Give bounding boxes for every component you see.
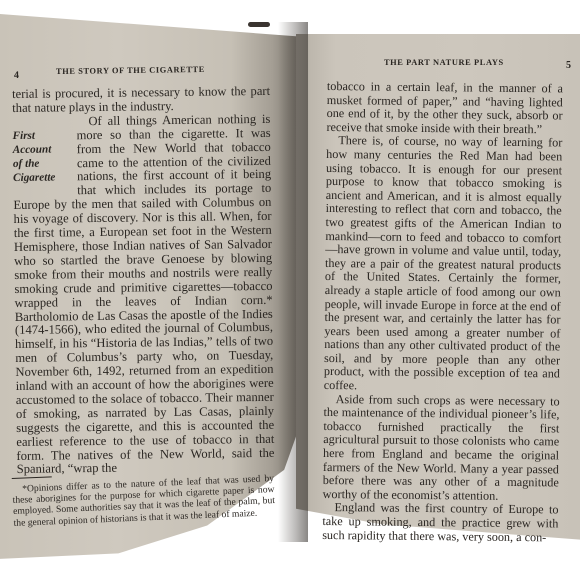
sidenote-line: First — [13, 130, 36, 142]
paragraph: There is, of course, no way of learning … — [324, 134, 563, 395]
margin-sidenote: First Account of the Cigarette — [13, 129, 72, 185]
open-book: 4 THE STORY OF THE CIGARETTE terial is p… — [0, 0, 580, 580]
paragraph: tobacco in a certain leaf, in the manner… — [326, 80, 563, 137]
paragraph: Aside from such crops as were necessary … — [323, 393, 560, 504]
footnote-text: *Opinions differ as to the nature of the… — [12, 473, 276, 529]
right-running-head: THE PART NATURE PLAYS — [384, 58, 504, 67]
sidenote-line: of the — [13, 157, 40, 169]
paragraph: First Account of the Cigarette Of all th… — [12, 113, 274, 478]
sidenote-line: Account — [13, 143, 52, 155]
left-page-body: terial is procured, it is necessary to k… — [12, 85, 275, 477]
sidenote-line: Cigarette — [13, 171, 55, 184]
footnote: *Opinions differ as to the nature of the… — [12, 473, 276, 529]
paragraph: England was the first country of Europe … — [322, 501, 558, 544]
right-page-body: tobacco in a certain leaf, in the manner… — [322, 80, 563, 545]
left-page-number: 4 — [14, 70, 19, 81]
book-cover-edge — [248, 22, 270, 27]
spine-gutter — [278, 22, 308, 542]
right-page-number: 5 — [566, 60, 571, 71]
